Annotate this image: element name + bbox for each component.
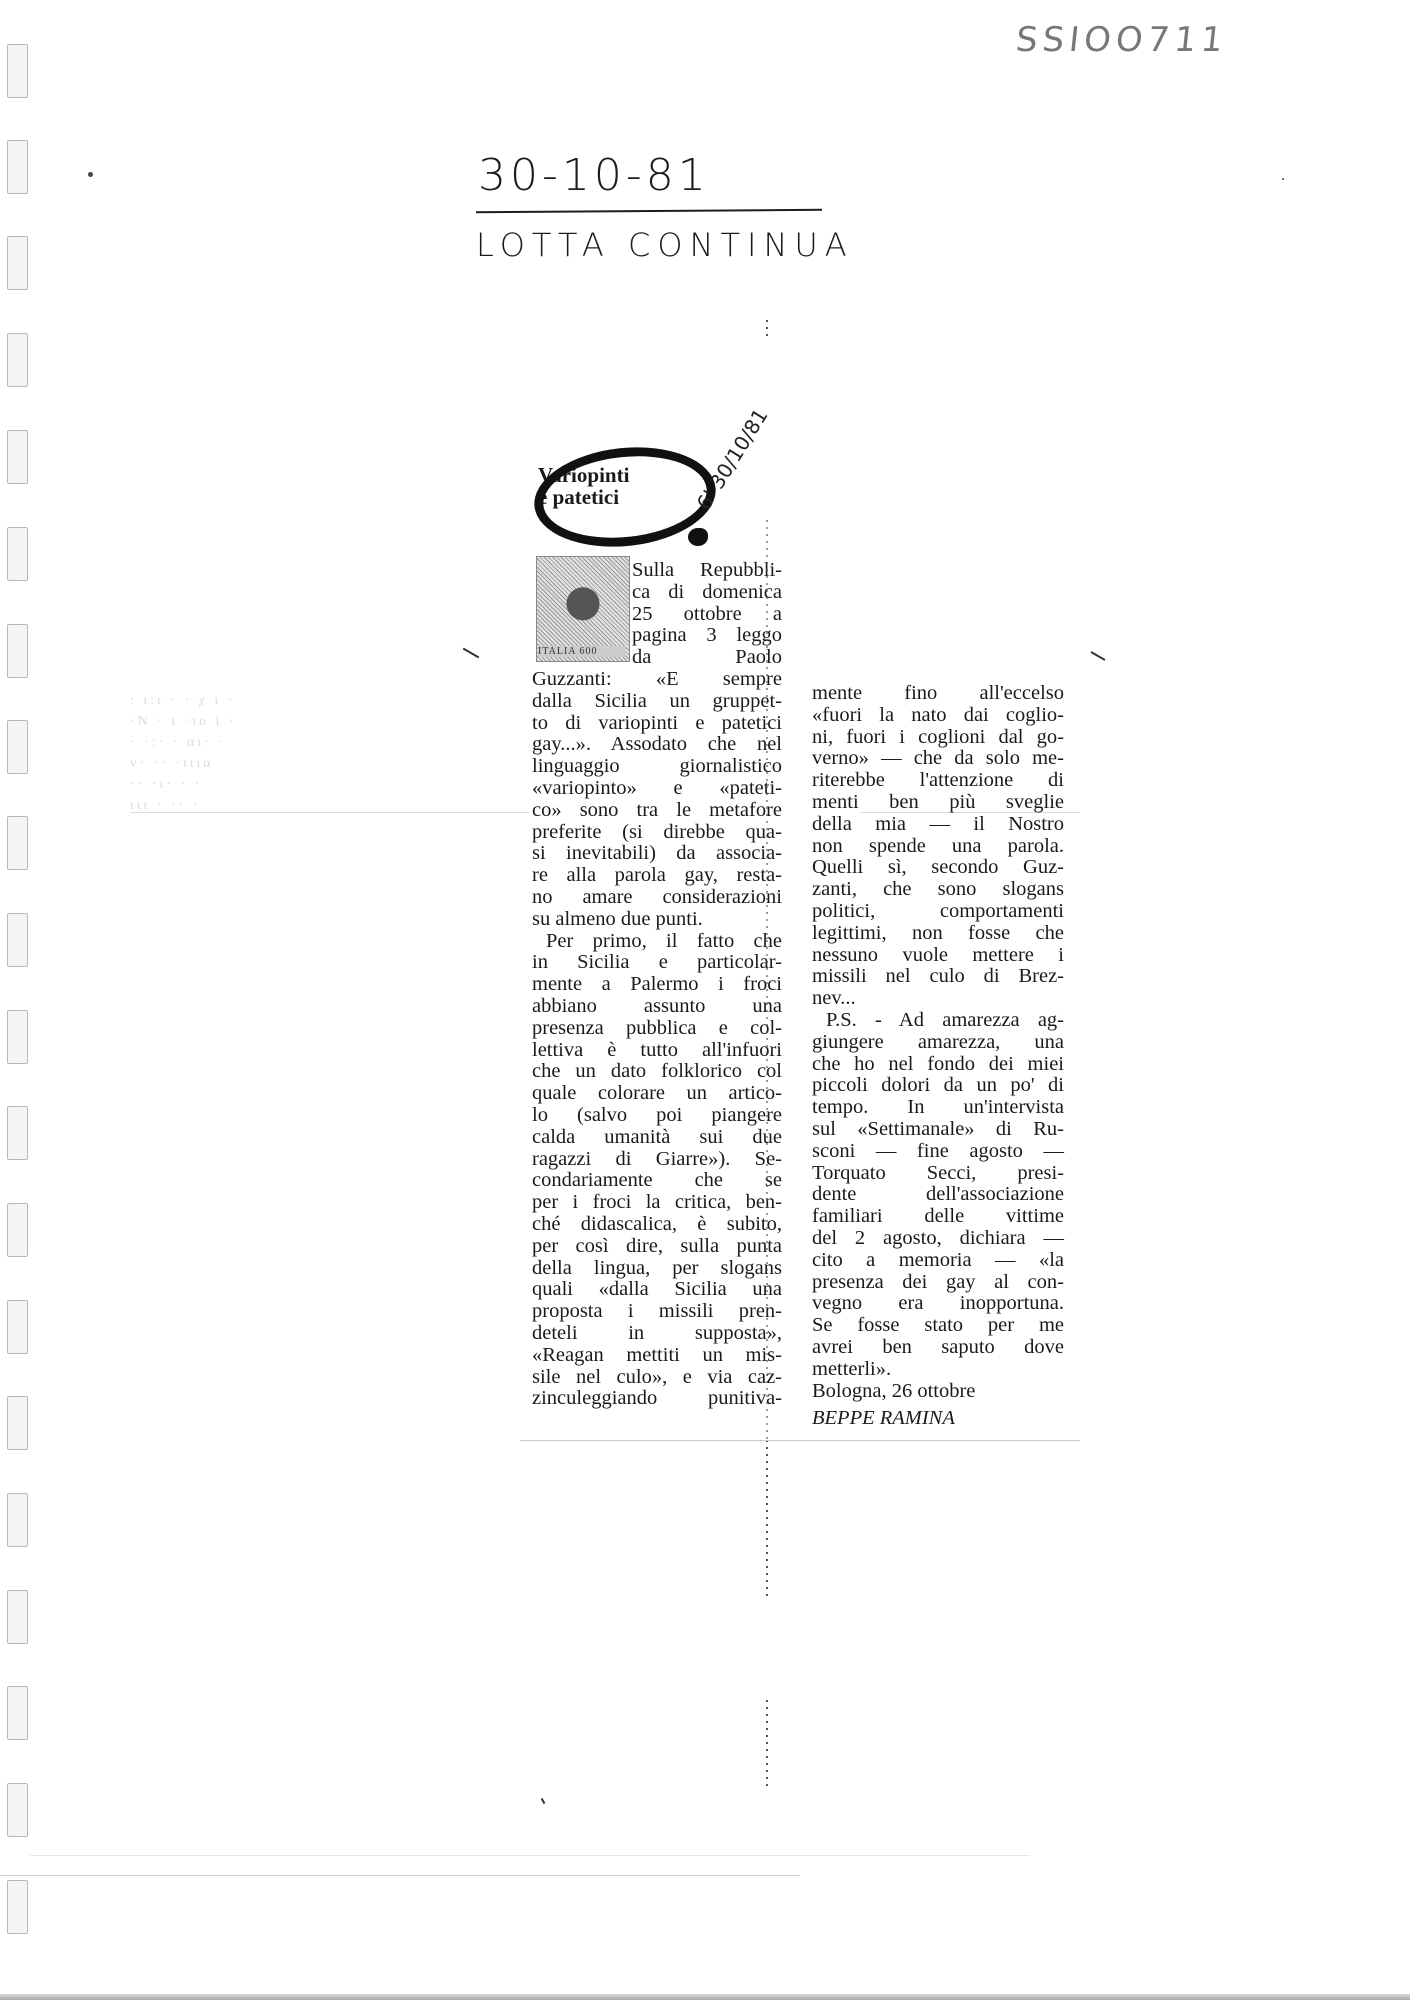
text-line: Sulla Repubbli- — [632, 560, 782, 582]
binder-slot — [7, 430, 28, 484]
binder-slot — [7, 816, 28, 870]
text-line: quale colorare un artico- — [532, 1083, 782, 1105]
text-line: familiari delle vittime — [812, 1206, 1064, 1228]
binder-slot — [7, 236, 28, 290]
binder-slot — [7, 1203, 28, 1257]
text-line: condariamente che se — [532, 1170, 782, 1192]
scan-dotted-line — [766, 1700, 768, 1790]
text-line: ca di domenica — [632, 582, 782, 604]
text-line: gay...». Assodato che nel — [532, 734, 782, 756]
binder-slot — [7, 720, 28, 774]
text-line: dalla Sicilia un gruppet- — [532, 691, 782, 713]
archive-code: SSIOO711 — [1014, 20, 1230, 60]
handwritten-date: 30-10-81 — [478, 150, 710, 201]
dateline: Bologna, 26 ottobre — [812, 1381, 1064, 1403]
handwritten-newspaper-name: LOTTA CONTINUA — [476, 226, 854, 264]
text-line: piccoli dolori da un po' di — [812, 1075, 1064, 1097]
scan-tick — [541, 1798, 546, 1804]
text-line: Guzzanti: «E sempre — [532, 669, 782, 691]
text-line: verno» — che da solo me- — [812, 748, 1064, 770]
text-line: presenza dei gay al con- — [812, 1272, 1064, 1294]
binder-slot — [7, 1010, 28, 1064]
text-line: giungere amarezza, una — [812, 1032, 1064, 1054]
text-line: lo (salvo poi piangere — [532, 1105, 782, 1127]
text-line: dente dell'associazione — [812, 1184, 1064, 1206]
text-line: «variopinto» e «pateti- — [532, 778, 782, 800]
text-line: calda umanità sui due — [532, 1127, 782, 1149]
text-line: pagina 3 leggo — [632, 625, 782, 647]
scan-dotted-line — [766, 320, 768, 340]
text-line: su almeno due punti. — [532, 909, 782, 931]
text-line: per i froci la critica, ben- — [532, 1192, 782, 1214]
scan-tick — [1091, 651, 1106, 661]
text-line: sile nel culo», e via caz- — [532, 1367, 782, 1389]
bleed-line — [130, 812, 530, 813]
text-line: missili nel culo di Brez- — [812, 966, 1064, 988]
text-line: da Paolo — [632, 647, 782, 669]
text-line: zinculeggiando punitiva- — [532, 1388, 782, 1410]
article-column-1-top: Sulla Repubbli- ca di domenica 25 ottobr… — [632, 560, 782, 669]
text-line: vegno era inopportuna. — [812, 1293, 1064, 1315]
text-line: legittimi, non fosse che — [812, 923, 1064, 945]
bleed-through-text: : ι:ι · · χ ι ··Ν · ι ·ιο ί ·· ·:· · αι·… — [130, 690, 510, 816]
text-line: «fuori la nato dai coglio- — [812, 705, 1064, 727]
binder-slot — [7, 527, 28, 581]
page-bottom-edge — [0, 1994, 1410, 2000]
text-line: menti ben più sveglie — [812, 792, 1064, 814]
binder-slot — [7, 1783, 28, 1837]
text-line: nessuno vuole mettere i — [812, 945, 1064, 967]
text-line: che ho nel fondo dei miei — [812, 1054, 1064, 1076]
text-line: linguaggio giornalistico — [532, 756, 782, 778]
text-line: to di variopinti e patetici — [532, 713, 782, 735]
text-line: mente a Palermo i froci — [532, 974, 782, 996]
binder-slot — [7, 333, 28, 387]
text-line: «Reagan mettiti un mis- — [532, 1345, 782, 1367]
scan-line — [0, 1875, 800, 1876]
text-line: presenza pubblica e col- — [532, 1018, 782, 1040]
author-signature: BEPPE RAMINA — [812, 1408, 1064, 1430]
handwritten-margin-date: 6' 30/10/81 — [692, 404, 773, 514]
text-line: no amare considerazioni — [532, 887, 782, 909]
text-line: politici, comportamenti — [812, 901, 1064, 923]
stray-mark — [88, 172, 93, 177]
text-line: abbiano assunto una — [532, 996, 782, 1018]
stray-mark — [1282, 178, 1284, 180]
text-line: preferite (si direbbe qua- — [532, 822, 782, 844]
text-line: ni, fuori i coglioni dal go- — [812, 727, 1064, 749]
binder-slot — [7, 1493, 28, 1547]
stamp-label: ITALIA 600 — [538, 646, 626, 657]
text-line: metterli». — [812, 1359, 1064, 1381]
scan-line — [30, 1855, 1030, 1856]
binder-slot — [7, 1106, 28, 1160]
text-line: cito a memoria — «la — [812, 1250, 1064, 1272]
text-line: sconi — fine agosto — — [812, 1141, 1064, 1163]
text-line: della mia — il Nostro — [812, 814, 1064, 836]
binder-slot — [7, 913, 28, 967]
scan-dotted-line — [766, 520, 768, 1440]
text-line: in Sicilia e particolar- — [532, 952, 782, 974]
binder-slot — [7, 624, 28, 678]
text-line: del 2 agosto, dichiara — — [812, 1228, 1064, 1250]
article-column-1: Guzzanti: «E sempre dalla Sicilia un gru… — [532, 669, 782, 1410]
binder-slot — [7, 1590, 28, 1644]
binder-slot — [7, 1396, 28, 1450]
text-line: avrei ben saputo dove — [812, 1337, 1064, 1359]
binder-slot — [7, 1686, 28, 1740]
text-line: lettiva è tutto all'infuori — [532, 1040, 782, 1062]
text-line: Quelli sì, secondo Guz- — [812, 857, 1064, 879]
text-line: si inevitabili) da associa- — [532, 843, 782, 865]
text-line: deteli in supposta», — [532, 1323, 782, 1345]
text-line: proposta i missili pren- — [532, 1301, 782, 1323]
scan-dotted-line — [766, 1440, 768, 1600]
scan-tick — [463, 648, 480, 659]
text-line: riterebbe l'attenzione di — [812, 770, 1064, 792]
article-column-2: mente fino all'eccelso «fuori la nato da… — [812, 683, 1064, 1430]
text-line: ragazzi di Giarre»). Se- — [532, 1149, 782, 1171]
text-line: non spende una parola. — [812, 836, 1064, 858]
text-line: della lingua, per slogans — [532, 1258, 782, 1280]
text-line: tempo. In un'intervista — [812, 1097, 1064, 1119]
text-line: ché didascalica, è subito, — [532, 1214, 782, 1236]
text-line: mente fino all'eccelso — [812, 683, 1064, 705]
text-line: quali «dalla Sicilia una — [532, 1279, 782, 1301]
text-line: nev... — [812, 988, 1064, 1010]
text-line: sul «Settimanale» di Ru- — [812, 1119, 1064, 1141]
binder-slot — [7, 1300, 28, 1354]
text-line: Torquato Secci, presi- — [812, 1163, 1064, 1185]
text-line: che un dato folklorico col — [532, 1061, 782, 1083]
binder-slot — [7, 140, 28, 194]
text-line: Per primo, il fatto che — [532, 931, 782, 953]
binder-slot — [7, 1880, 28, 1934]
text-line: zanti, che sono slogans — [812, 879, 1064, 901]
binder-slot — [7, 44, 28, 98]
ink-blot — [688, 528, 708, 546]
text-line: Se fosse stato per me — [812, 1315, 1064, 1337]
text-line: P.S. - Ad amarezza ag- — [812, 1010, 1064, 1032]
clipping-bottom-edge — [520, 1440, 1080, 1441]
text-line: per così dire, sulla punta — [532, 1236, 782, 1258]
handwritten-underline — [476, 209, 822, 213]
text-line: 25 ottobre a — [632, 604, 782, 626]
text-line: co» sono tra le metafore — [532, 800, 782, 822]
text-line: re alla parola gay, resta- — [532, 865, 782, 887]
